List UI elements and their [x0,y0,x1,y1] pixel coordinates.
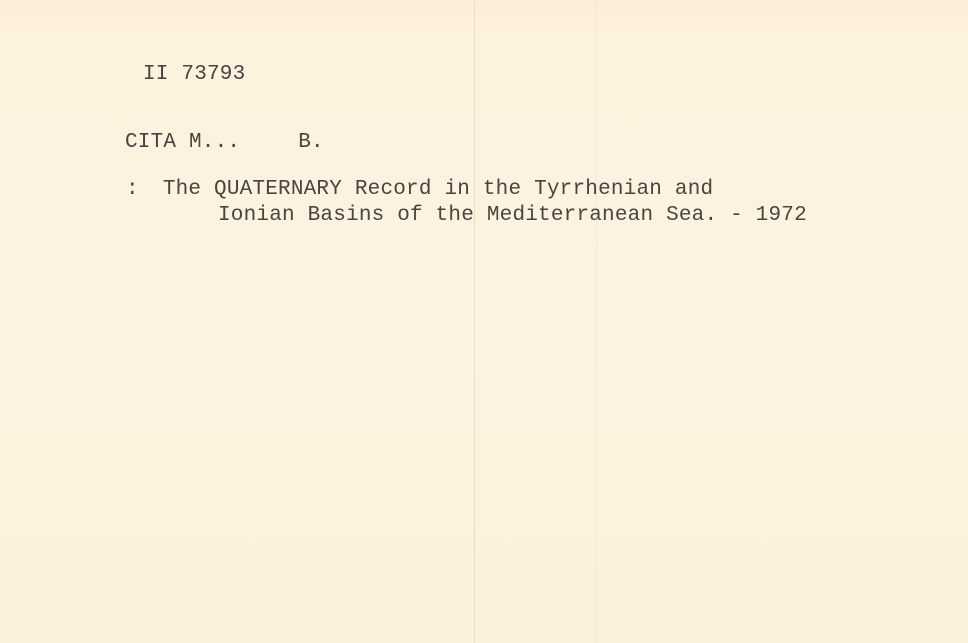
title-line-1: :The QUATERNARY Record in the Tyrrhenian… [126,178,713,201]
author-initial: B. [298,131,324,154]
card-fold-line [474,0,475,643]
catalog-card: II 73793 CITA M...B. :The QUATERNARY Rec… [0,0,968,643]
card-fold-line-faint [596,0,597,643]
title-line-2: Ionian Basins of the Mediterranean Sea. … [218,204,807,227]
title-text-1: The QUATERNARY Record in the Tyrrhenian … [163,178,714,201]
call-number: II 73793 [143,63,245,86]
author-line: CITA M...B. [125,131,324,154]
title-prefix: : [126,178,139,201]
author-surname: CITA M... [125,131,240,154]
